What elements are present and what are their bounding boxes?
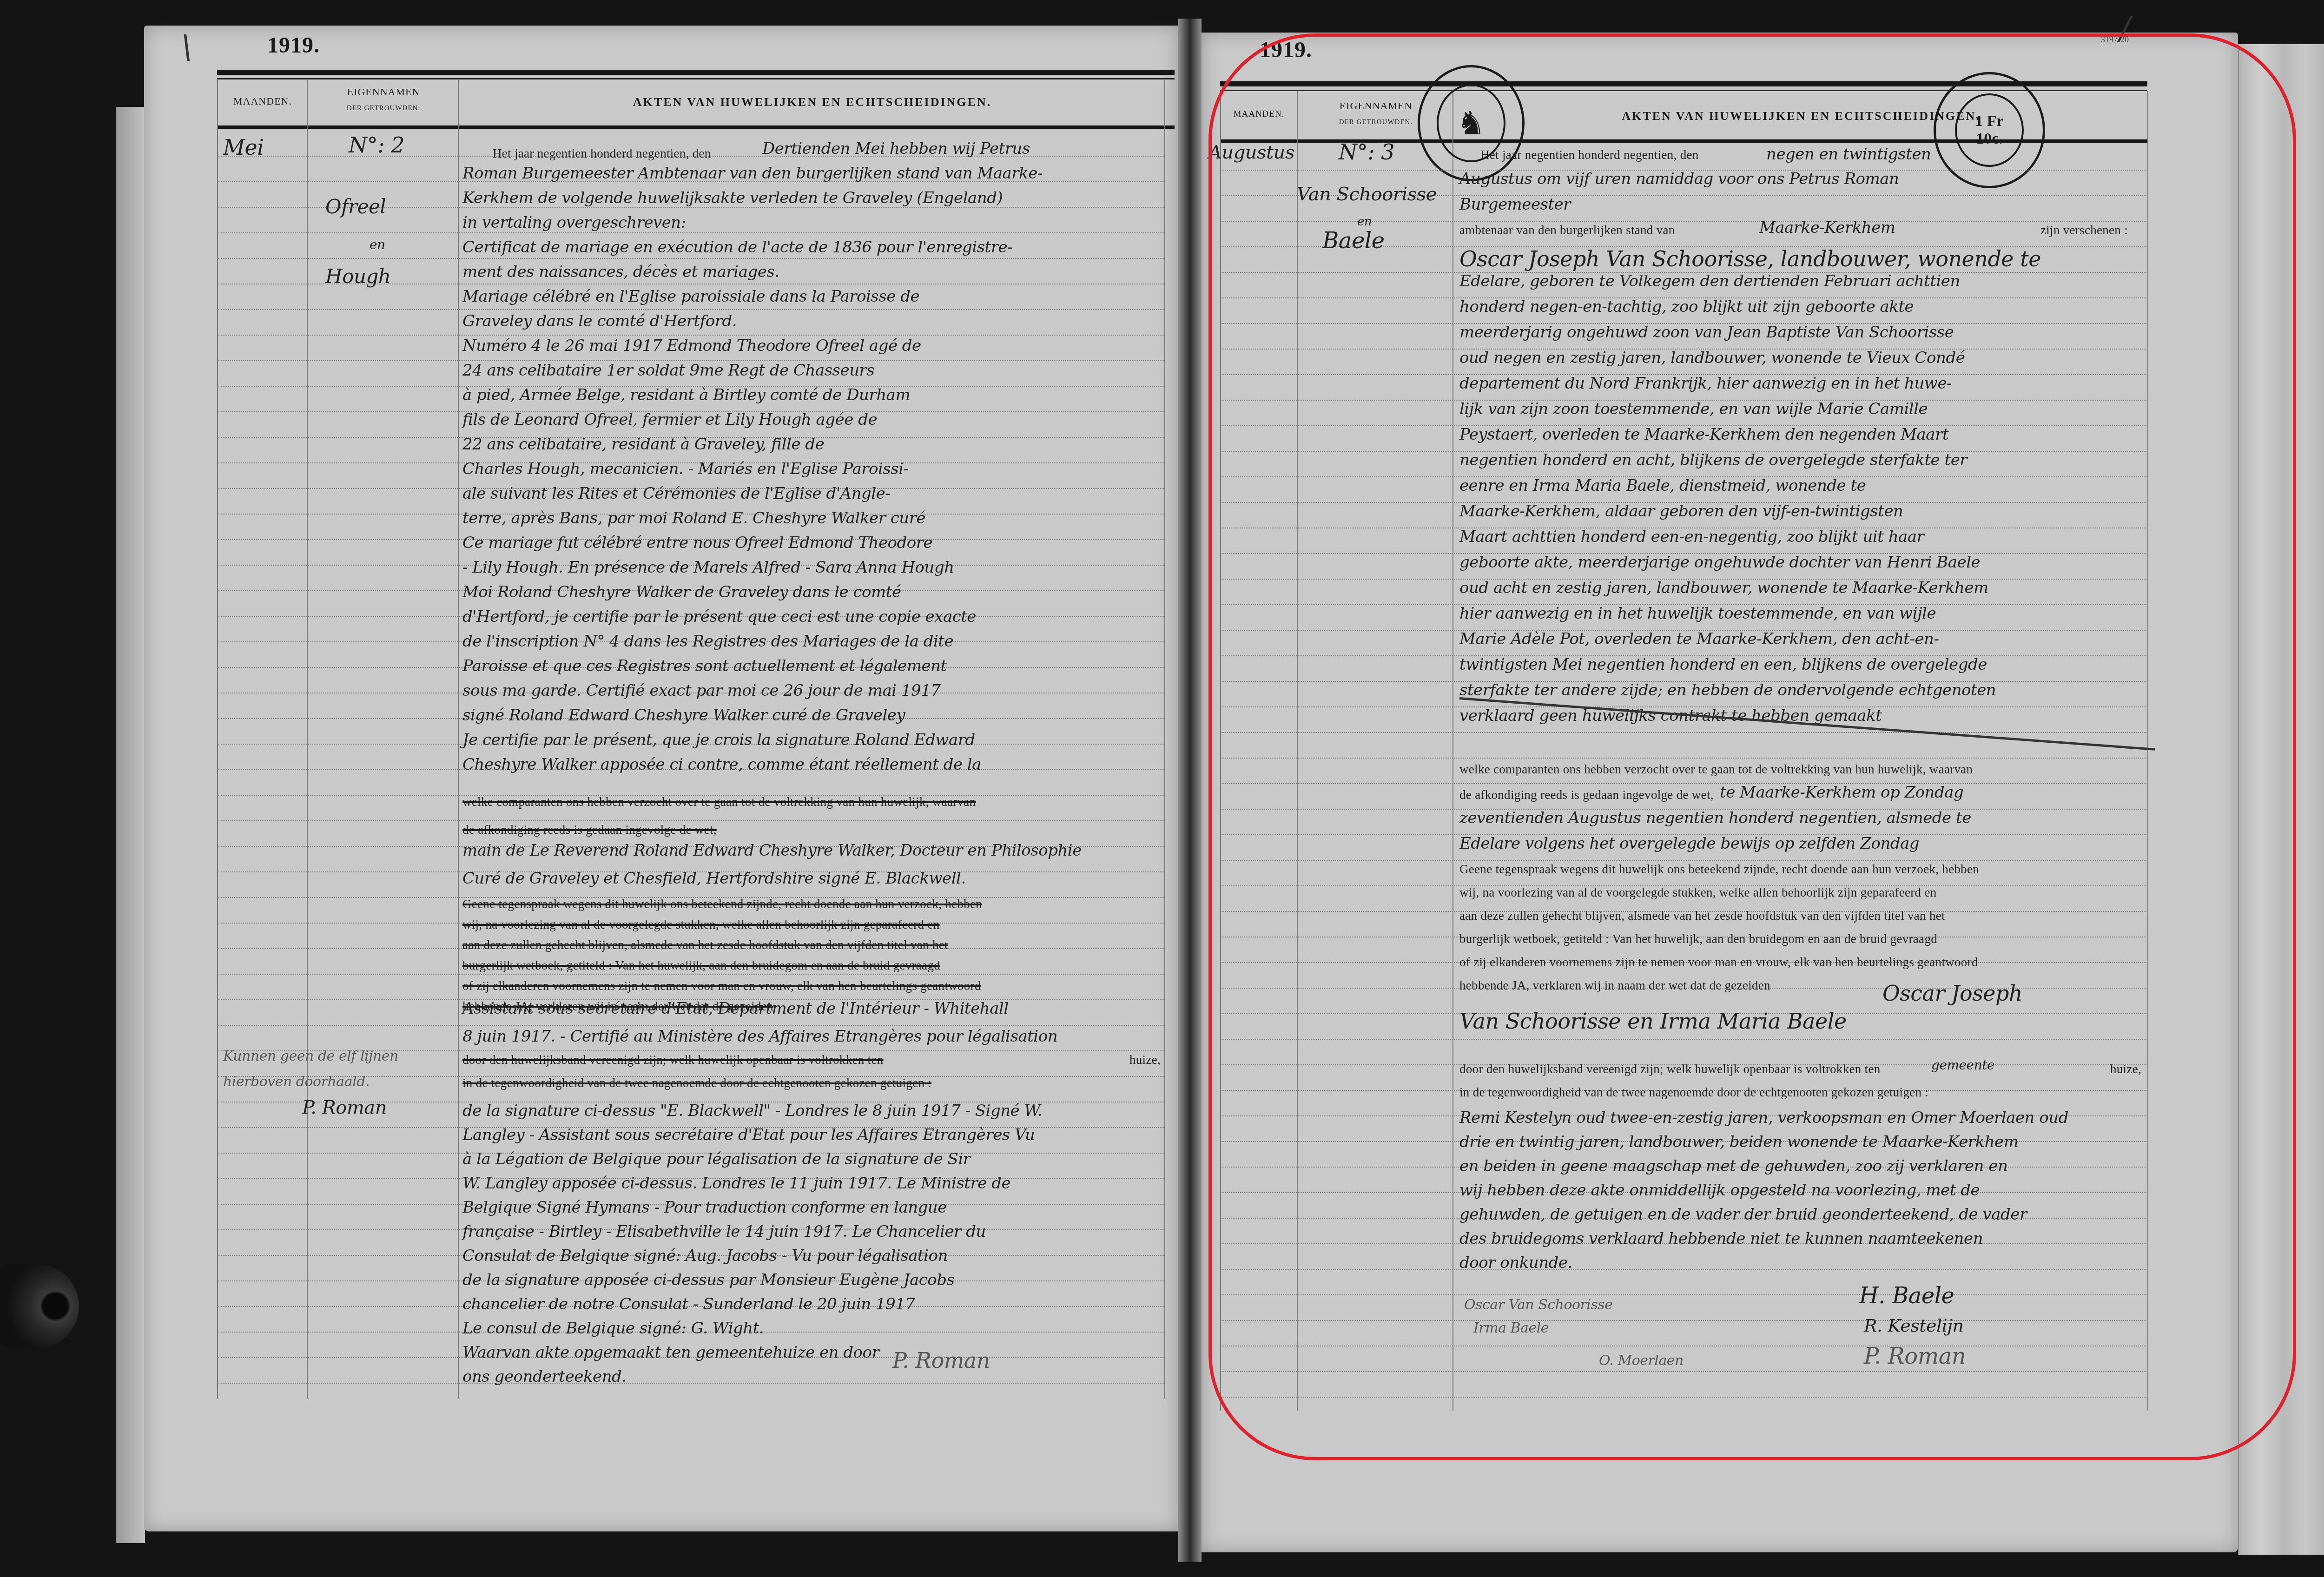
handwritten-line: Consulat de Belgique signé: Aug. Jacobs … xyxy=(462,1247,948,1265)
left-page-stack-edge xyxy=(116,107,145,1543)
handwritten-line: ale suivant les Rites et Cérémonies de l… xyxy=(462,484,890,503)
left-struck-3-line-1: door den huwelijksband vereenigd zijn; w… xyxy=(462,1053,883,1067)
handwritten-line: Belgique Signé Hymans - Pour traduction … xyxy=(462,1198,947,1217)
handwritten-line: terre, après Bans, par moi Roland E. Che… xyxy=(462,509,925,528)
ruled-line xyxy=(218,335,1164,336)
handwritten-line: sous ma garde. Certifié exact par moi ce… xyxy=(462,681,940,700)
handwritten-line: Moi Roland Cheshyre Walker de Graveley d… xyxy=(462,583,901,601)
handwritten-line: de la signature ci-dessus "E. Blackwell"… xyxy=(462,1102,1042,1120)
handwritten-line: Dertienden Mei hebben wij Petrus xyxy=(762,139,1030,158)
left-opening-printed: Het jaar negentien honderd negentien, de… xyxy=(493,146,711,161)
header-top-rule-thin xyxy=(217,78,1175,79)
left-struck-line-1: welke comparanten ons hebben verzocht ov… xyxy=(462,795,976,809)
header-top-rule xyxy=(217,70,1175,75)
handwritten-line: signé Roland Edward Cheshyre Walker curé… xyxy=(462,706,905,725)
header-names: EIGENNAMEN xyxy=(309,86,458,98)
header-bottom-rule xyxy=(217,125,1175,129)
handwritten-line: Mariage célébré en l'Eglise paroissiale … xyxy=(462,287,919,306)
left-struck-3-line-2: in de tegenwoordigheid van de twee nagen… xyxy=(462,1076,931,1090)
handwritten-line: 24 ans celibataire 1er soldat 9me Regt d… xyxy=(462,361,874,380)
handwritten-line: ons geonderteekend. xyxy=(462,1367,627,1386)
left-act-number: N°: 2 xyxy=(349,132,404,158)
handwritten-line: - Lily Hough. En présence de Marels Alfr… xyxy=(462,558,954,577)
red-annotation-highlight xyxy=(1208,33,2296,1460)
header-main-title: AKTEN VAN HUWELIJKEN EN ECHTSCHEIDINGEN. xyxy=(460,95,1164,109)
handwritten-line: Je certifie par le présent, que je crois… xyxy=(462,731,975,749)
header-months: MAANDEN. xyxy=(218,95,307,107)
ruled-line xyxy=(218,309,1164,310)
left-page-year: 1919. xyxy=(267,33,320,58)
struck-printed-line: burgerlijk wetboek, getiteld : Van het h… xyxy=(462,958,940,973)
struck-printed-line: wij, na voorlezing van al de voorgelegde… xyxy=(462,917,939,932)
margin-signature: P. Roman xyxy=(302,1097,387,1118)
handwritten-line: 22 ans celibataire, residant à Graveley,… xyxy=(462,435,824,454)
handwritten-line: Langley - Assistant sous secrétaire d'Et… xyxy=(462,1126,1035,1144)
ruled-line xyxy=(218,232,1164,233)
ruled-line xyxy=(218,974,1164,975)
handwritten-line: Graveley dans le comté d'Hertford. xyxy=(462,312,737,330)
handwritten-line: Waarvan akte opgemaakt ten gemeentehuize… xyxy=(462,1343,879,1362)
handwritten-line: chancelier de notre Consulat - Sunderlan… xyxy=(462,1295,915,1313)
struck-printed-line: of zij elkanderen voornemens zijn te nem… xyxy=(462,979,981,993)
left-name-groom: Ofreel xyxy=(325,195,386,218)
left-hand-after-2: 8 juin 1917. - Certifié au Ministère des… xyxy=(462,1027,1057,1046)
handwritten-line: d'Hertford, je certifie par le présent q… xyxy=(462,607,976,626)
table-left-border xyxy=(217,79,218,1399)
left-struck-3-suffix: huize, xyxy=(1129,1053,1161,1067)
handwritten-line: à pied, Armée Belge, residant à Birtley … xyxy=(462,386,910,404)
ruled-line xyxy=(218,258,1164,259)
handwritten-line: W. Langley apposée ci-dessus. Londres le… xyxy=(462,1174,1010,1193)
table-right-border xyxy=(1164,79,1165,1399)
handwritten-line: Kerkhem de volgende huwelijksakte verled… xyxy=(462,189,1003,207)
left-month: Mei xyxy=(223,135,264,160)
left-hand-after-1: Assistant sous secrétaire d'Etat, Depart… xyxy=(462,999,1009,1018)
handwritten-line: de la signature apposée ci-dessus par Mo… xyxy=(462,1271,954,1289)
handwritten-line: à la Légation de Belgique pour légalisat… xyxy=(462,1150,971,1168)
handwritten-line: Le consul de Belgique signé: G. Wight. xyxy=(462,1319,764,1338)
handwritten-line: Cheshyre Walker apposée ci contre, comme… xyxy=(462,755,981,774)
handwritten-line: ment des naissances, décès et mariages. xyxy=(462,263,779,281)
left-hand-mid-2: Curé de Graveley et Chesfield, Hertfords… xyxy=(462,869,966,888)
left-name-bride: Hough xyxy=(325,265,390,288)
left-struck-line-2: de afkondiging reeds is gedaan ingevolge… xyxy=(462,823,717,837)
corner-mark: \ xyxy=(181,28,192,66)
handwritten-line: française - Birtley - Elisabethville le … xyxy=(462,1222,986,1241)
handwritten-line: fils de Leonard Ofreel, fermier et Lily … xyxy=(462,410,877,429)
handwritten-line: Roman Burgemeester Ambtenaar van den bur… xyxy=(462,164,1043,183)
left-hand-mid-1: main de Le Reverend Roland Edward Cheshy… xyxy=(462,841,1082,860)
handwritten-line: Numéro 4 le 26 mai 1917 Edmond Theodore … xyxy=(462,337,921,355)
margin-note-line-2: hierboven doorhaald. xyxy=(223,1074,370,1090)
margin-note-line-1: Kunnen geen de elf lijnen xyxy=(223,1048,398,1064)
header-names-sub: DER GETROUWDEN. xyxy=(309,105,458,112)
book-gutter xyxy=(1178,19,1202,1562)
handwritten-line: Certificat de mariage en exécution de l'… xyxy=(462,238,1012,257)
handwritten-line: Ce mariage fut célébré entre nous Ofreel… xyxy=(462,534,932,552)
left-name-conjunction: en xyxy=(370,237,385,252)
struck-printed-line: Geene tegenspraak wegens dit huwelijk on… xyxy=(462,897,982,911)
binding-clip xyxy=(0,1264,79,1348)
ruled-line xyxy=(218,1025,1164,1026)
handwritten-line: de l'inscription N° 4 dans les Registres… xyxy=(462,632,953,651)
left-registrar-signature: P. Roman xyxy=(892,1348,990,1373)
handwritten-line: in vertaling overgeschreven: xyxy=(462,213,686,232)
handwritten-line: Charles Hough, mecanicien. - Mariés en l… xyxy=(462,460,909,478)
struck-printed-line: aan deze zullen gehecht blijven, alsmede… xyxy=(462,938,948,952)
ruled-line xyxy=(218,1383,1164,1384)
ruled-line xyxy=(218,820,1164,821)
handwritten-line: Paroisse et que ces Registres sont actue… xyxy=(462,657,947,675)
